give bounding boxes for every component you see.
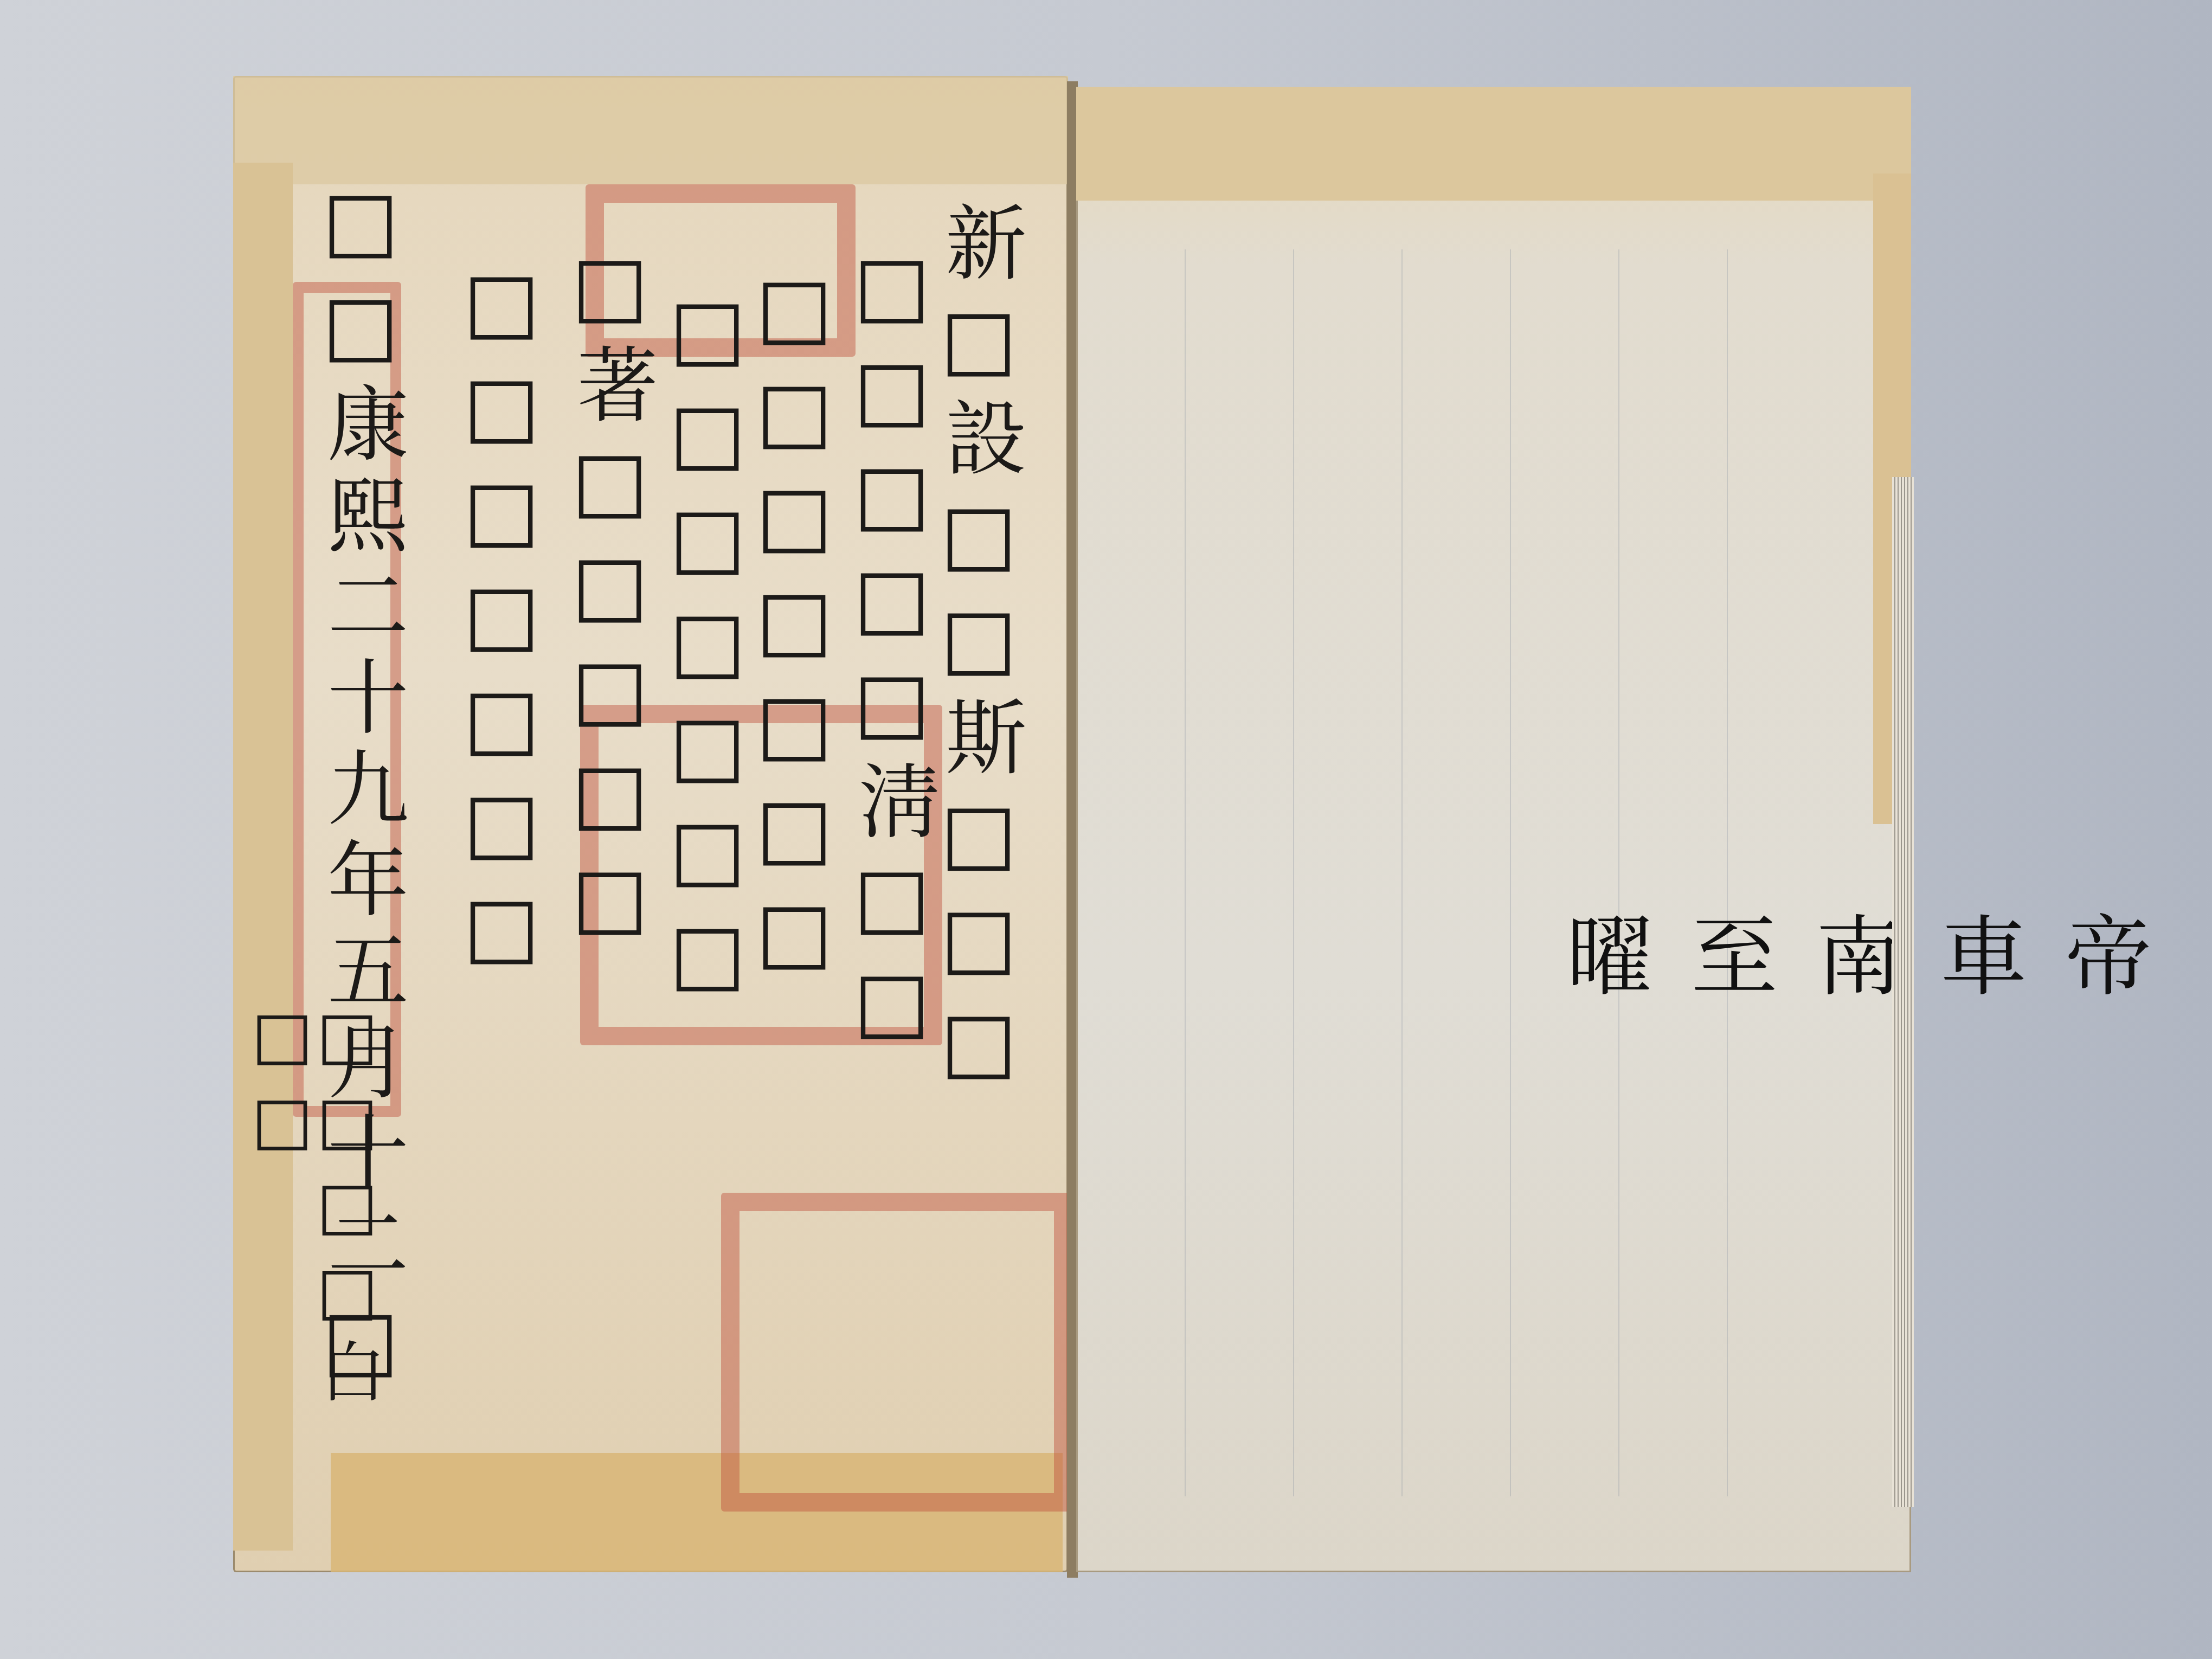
text-column: □□□□□□□ (754, 260, 835, 989)
text-column: □□□□白□□ (249, 998, 380, 1572)
text-column: 新□設□□斯□□□ (938, 201, 1019, 1098)
top-repair-strip (233, 76, 1068, 184)
left-page: 新□設□□斯□□□ □□□□□淸□□ □□□□□□□ □□□□□□□ □著□□□… (233, 76, 1068, 1572)
red-seal-stamp (721, 1193, 1072, 1512)
text-column: □□□□□淸□□ (851, 239, 933, 1058)
right-page (1076, 87, 1911, 1572)
text-column: □□□□□□□ (461, 255, 542, 983)
top-repair-strip (1076, 87, 1911, 201)
text-column: □著□□□□□ (569, 239, 651, 954)
handwritten-inscription: 帝車南至曜 (1540, 911, 2163, 1005)
text-column: □□□□□□□ (667, 282, 748, 1011)
page-edges (1892, 477, 1914, 1507)
